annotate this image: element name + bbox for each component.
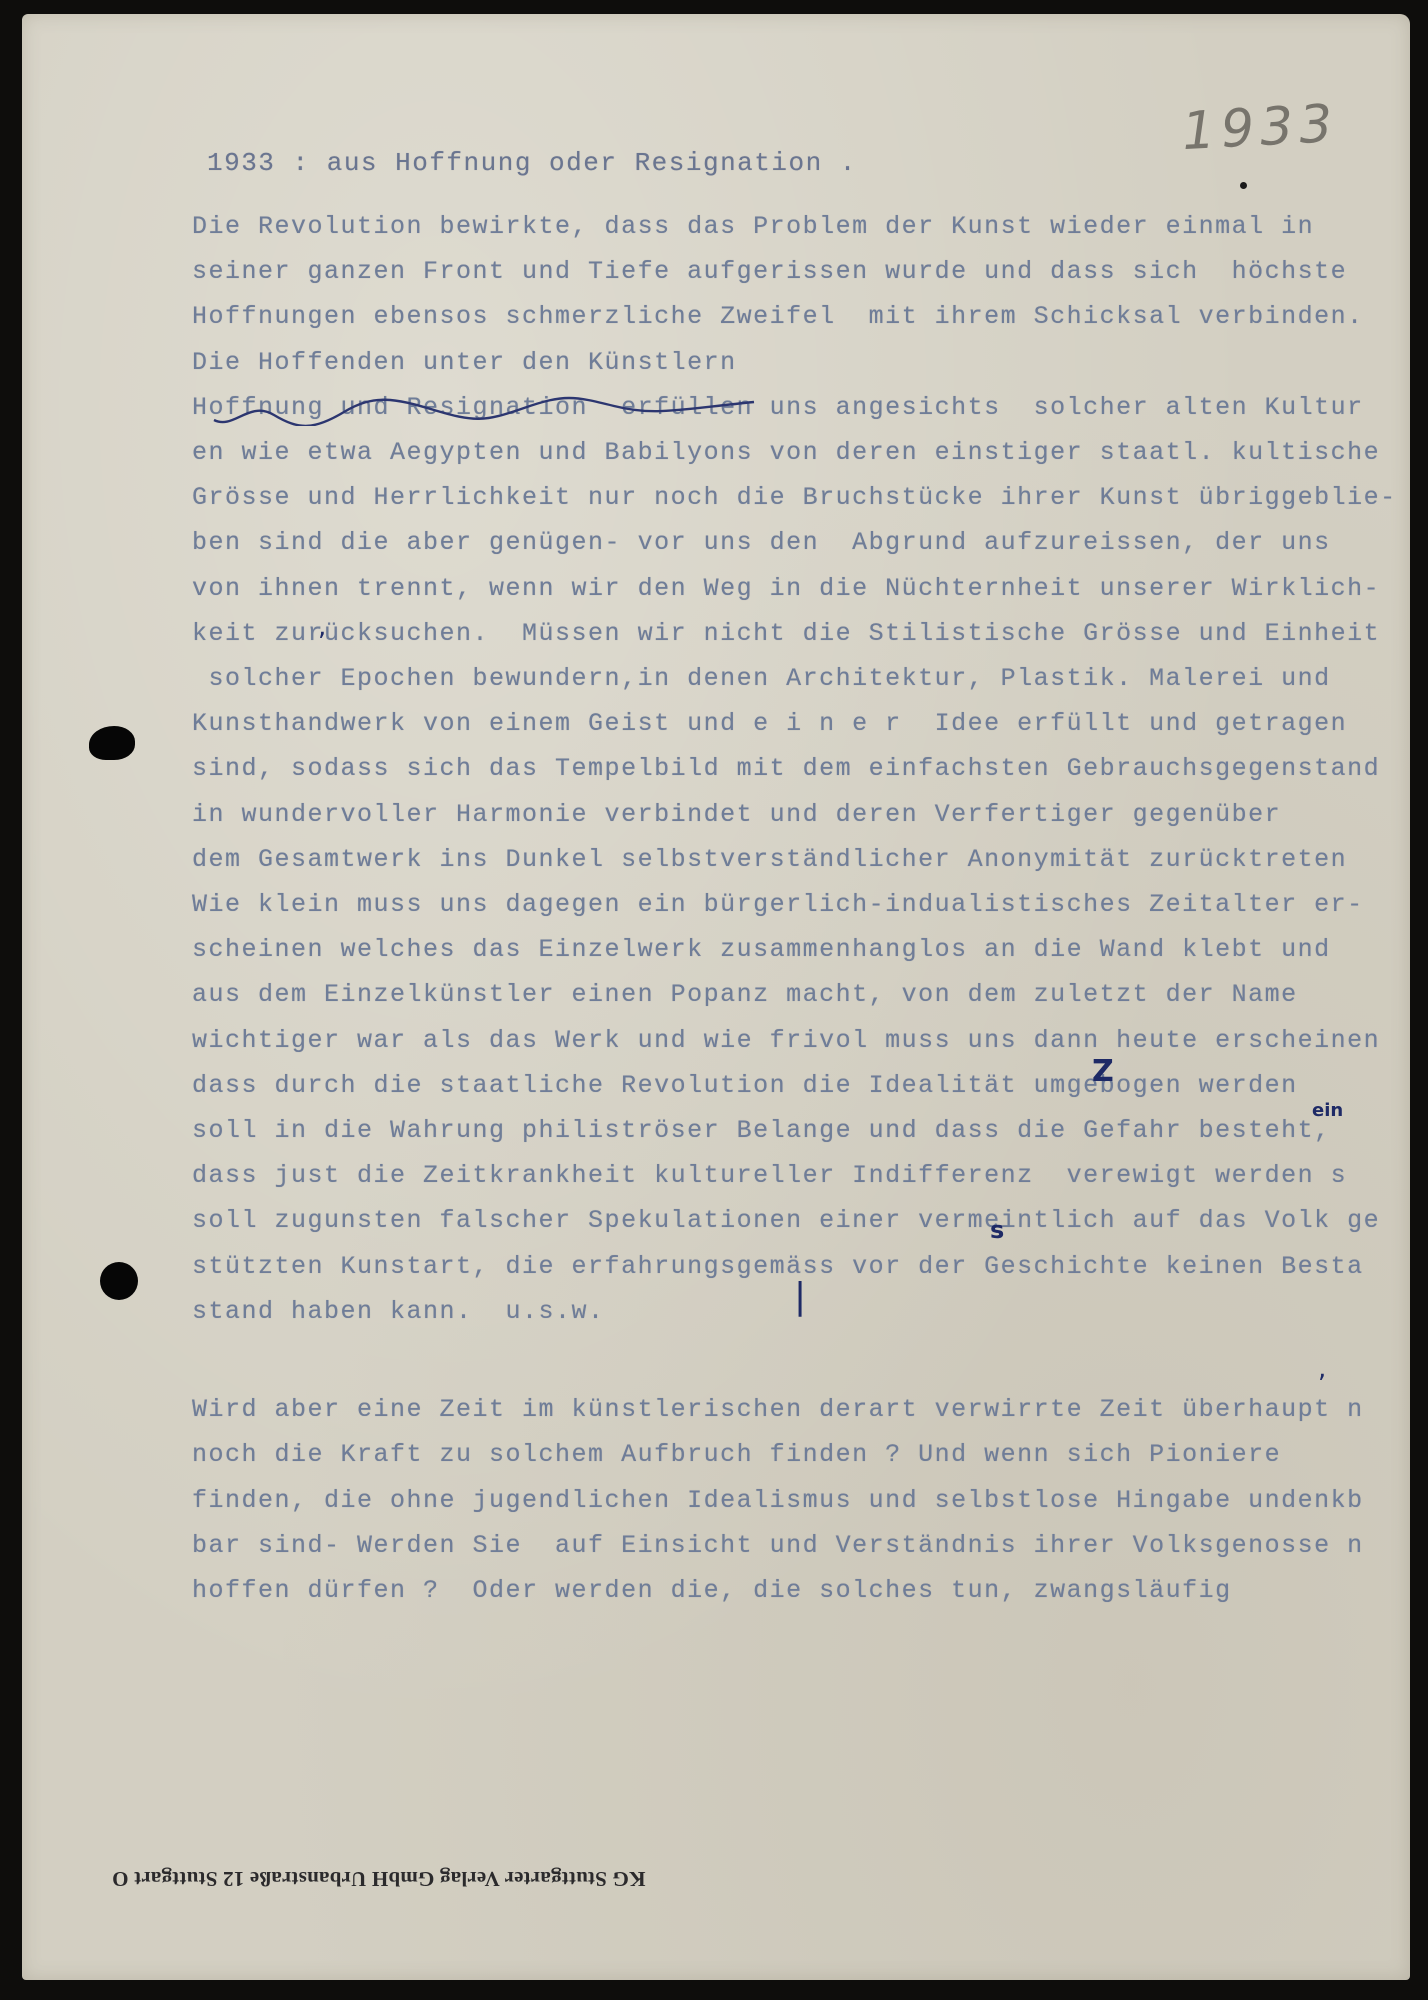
document-line: finden, die ohne jugendlichen Idealismus… (192, 1486, 1364, 1515)
typewritten-page: 1933 1933 : aus Hoffnung oder Resignatio… (22, 14, 1410, 1980)
document-line: Wird aber eine Zeit im künstlerischen de… (192, 1395, 1364, 1424)
document-line: dass durch die staatliche Revolution die… (192, 1071, 1298, 1100)
document-line: Hoffnung und Resignation erfüllen uns an… (192, 393, 1364, 422)
document-line: Kunsthandwerk von einem Geist und e i n … (192, 709, 1347, 738)
document-line: aus dem Einzelkünstler einen Popanz mach… (192, 980, 1298, 1009)
document-line: en wie etwa Aegypten und Babilyons von d… (192, 438, 1380, 467)
document-line: hoffen dürfen ? Oder werden die, die sol… (192, 1576, 1232, 1605)
document-line: bar sind- Werden Sie auf Einsicht und Ve… (192, 1531, 1364, 1560)
document-title: 1933 : aus Hoffnung oder Resignation . (207, 148, 857, 178)
document-line: Die Hoffenden unter den Künstlern (192, 348, 737, 377)
handwritten-correction-s: s (990, 1216, 1004, 1244)
document-line: keit zurücksuchen. Müssen wir nicht die … (192, 619, 1380, 648)
document-line: scheinen welches das Einzelwerk zusammen… (192, 935, 1331, 964)
handwritten-correction-z: Z (1092, 1054, 1114, 1089)
handwritten-comma: , (318, 612, 326, 642)
handwritten-correction-ein: ein (1312, 1100, 1343, 1121)
document-line: dass just die Zeitkrankheit kultureller … (192, 1161, 1347, 1190)
document-line: wichtiger war als das Werk und wie frivo… (192, 1026, 1380, 1055)
handwritten-comma: , (1318, 1354, 1326, 1384)
ink-dot (1240, 182, 1247, 189)
document-line: sind, sodass sich das Tempelbild mit dem… (192, 754, 1380, 783)
document-line: dem Gesamtwerk ins Dunkel selbstverständ… (192, 845, 1347, 874)
document-line: solcher Epochen bewundern,in denen Archi… (192, 664, 1331, 693)
document-line: ben sind die aber genügen- vor uns den A… (192, 528, 1331, 557)
document-line: stand haben kann. u.s.w. (192, 1297, 605, 1326)
document-line: soll zugunsten falscher Spekulationen ei… (192, 1206, 1380, 1235)
punch-hole-icon (100, 1262, 138, 1300)
handwritten-separator: | (794, 1276, 806, 1317)
publisher-stamp: KG Stuttgarter Verlag GmbH Urbanstraße 1… (112, 1866, 645, 1891)
document-line: Grösse und Herrlichkeit nur noch die Bru… (192, 483, 1397, 512)
document-line: soll in die Wahrung philiströser Belange… (192, 1116, 1331, 1145)
document-line: seiner ganzen Front und Tiefe aufgerisse… (192, 257, 1347, 286)
document-line: Wie klein muss uns dagegen ein bürgerlic… (192, 890, 1364, 919)
document-line: stützten Kunstart, die erfahrungsgemäss … (192, 1252, 1364, 1281)
document-line: von ihnen trennt, wenn wir den Weg in di… (192, 574, 1380, 603)
document-line: Die Revolution bewirkte, dass das Proble… (192, 212, 1314, 241)
punch-hole-icon (89, 726, 135, 760)
handwritten-year: 1933 (1181, 94, 1340, 162)
document-line: Hoffnungen ebensos schmerzliche Zweifel … (192, 302, 1364, 331)
document-line: in wundervoller Harmonie verbindet und d… (192, 800, 1281, 829)
document-line: noch die Kraft zu solchem Aufbruch finde… (192, 1440, 1281, 1469)
